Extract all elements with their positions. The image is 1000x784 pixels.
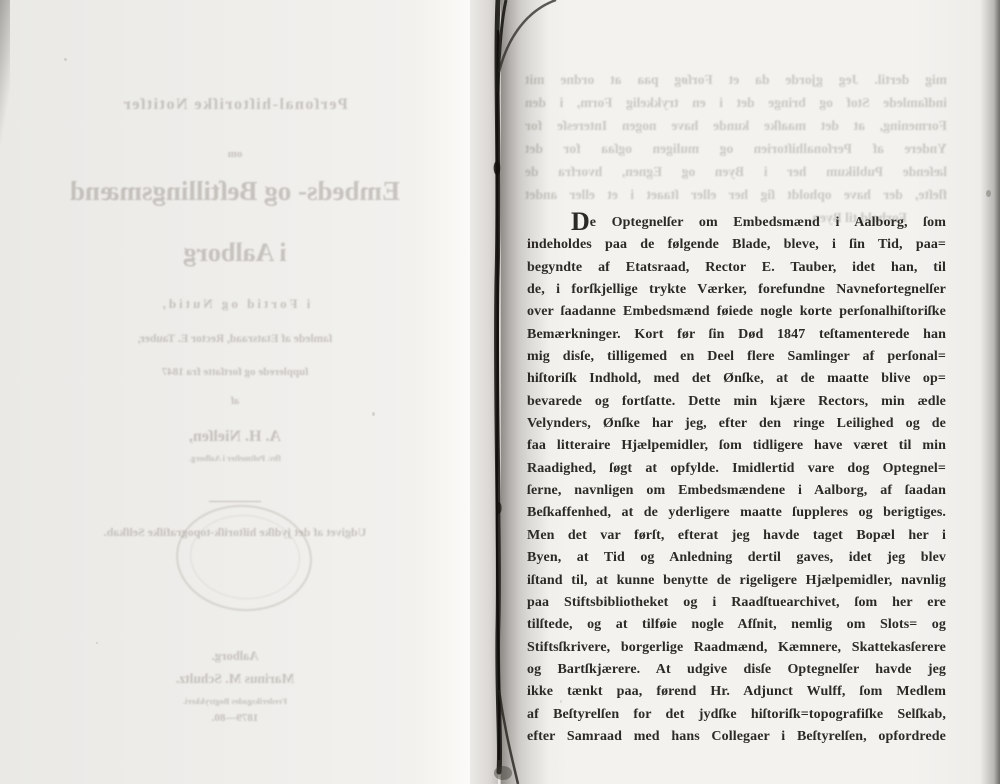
text-line-first: De Optegnelſer om Embedsmænd i Aalborg, …	[527, 212, 946, 234]
text-line: mig disſe, tilligemed en Deel flere Saml…	[527, 346, 946, 368]
text-line: Raadighed, ſøgt at opfylde. Imidlertid v…	[527, 458, 946, 480]
ghost-main-title-2: i Aalborg	[20, 238, 450, 268]
title-page-bleedthrough: Perſonal-hiſtoriſke Notitſer om Embeds- …	[20, 0, 450, 784]
text-line: Bemærkninger. Kort før ſin Død 1847 teſt…	[527, 324, 946, 346]
ghost-printer-sub: Frederiksgades Bogtrykkeri.	[20, 696, 450, 706]
ghost-af: af	[20, 396, 450, 407]
ghost-continued-line: ſupplerede og fortſatte fra 1847	[20, 366, 450, 378]
ghost-printer: Marinus M. Schultz.	[20, 671, 450, 687]
text-line: paa Stiftsbibliotheket og i Raadſtuearch…	[527, 592, 946, 614]
text-line: Velynders, Ønſke har jeg, efter den ring…	[527, 413, 946, 435]
text-line: indeholdes paa de følgende Blade, bleve,…	[527, 234, 946, 256]
paper-speck	[930, 420, 932, 422]
ghost-om: om	[20, 148, 450, 160]
text-line: iſtand til, at kunne benytte de rigelige…	[527, 570, 946, 592]
ghost-main-title-1: Embeds- og Beſtillingsmænd	[20, 176, 450, 207]
ink-speck	[986, 190, 991, 197]
first-line-rest: e Optegnelſer om Embedsmænd i Aalborg, ſ…	[590, 215, 946, 230]
ghost-publisher: Udgivet af det jydſke hiſtoriſk-topograf…	[20, 525, 450, 540]
text-line: af Beſtyrelſen for det jydſke hiſtoriſk=…	[527, 704, 946, 726]
text-line: og Bartſkjærere. At udgive disſe Optegne…	[527, 659, 946, 681]
text-line: Stiftsſkrivere, borgerlige Raadmænd, Kæm…	[527, 637, 946, 659]
paper-speck	[560, 700, 562, 703]
text-line: hiſtoriſk Indhold, med det Ønſke, at de …	[527, 368, 946, 390]
ghost-author: A. H. Nielſen,	[20, 428, 450, 446]
library-stamp	[172, 500, 315, 615]
text-line: Beſkaffenhed, at de yderligere maatte ſu…	[527, 502, 946, 524]
text-line: begyndte af Etatsraad, Rector E. Tauber,…	[527, 257, 946, 279]
text-line: de, i forſkjellige trykte Værker, forefu…	[527, 279, 946, 301]
book-scan: { "document": { "kind": "scanned book sp…	[0, 0, 1000, 784]
text-line: faa litteraire Hjælpemidler, ſom tidlige…	[527, 435, 946, 457]
text-line: Byen, at Tid og Anledning dertil gaves, …	[527, 547, 946, 569]
text-line: ikke tænkt paa, førend Hr. Adjunct Wulff…	[527, 681, 946, 703]
ghost-collected-line: ſamlede af Etatsraad, Rector E. Tauber,	[20, 333, 450, 345]
library-stamp-inner-ring	[187, 511, 303, 602]
paper-speck	[96, 642, 98, 644]
ghost-author-sub: fhv. Poſtmeſter i Aalborg.	[20, 453, 450, 463]
ghost-rule	[20, 489, 450, 507]
text-line: tilſtede, og at tilføie nogle Afſnit, ne…	[527, 614, 946, 636]
scan-right-edge	[994, 0, 1000, 784]
preface-paragraph: De Optegnelſer om Embedsmænd i Aalborg, …	[527, 212, 946, 757]
paper-speck	[64, 58, 67, 61]
scan-corner-sliver	[0, 0, 10, 160]
ghost-city: Aalborg.	[20, 649, 450, 664]
paper-speck	[372, 412, 375, 416]
text-line: bevarede og fortſatte. Dette min kjære R…	[527, 391, 946, 413]
ghost-subtitle: i Fortid og Nutid,	[20, 296, 450, 312]
ghost-series-title: Perſonal-hiſtoriſke Notitſer	[20, 96, 450, 114]
text-line: ſerne, navnligen om Embedsmændene i Aalb…	[527, 480, 946, 502]
text-line: Men det var førſt, efterat jeg havde tag…	[527, 525, 946, 547]
binding-gutter	[440, 0, 580, 784]
text-line: efter Samraad med hans Collegaer i Beſty…	[527, 726, 946, 748]
text-line: over ſaadanne Embedsmænd føiede nogle ko…	[527, 301, 946, 323]
ghost-year: 1879—80.	[20, 712, 450, 724]
paragraph-lines: indeholdes paa de følgende Blade, bleve,…	[527, 234, 946, 748]
left-page: Perſonal-hiſtoriſke Notitſer om Embeds- …	[0, 0, 470, 784]
